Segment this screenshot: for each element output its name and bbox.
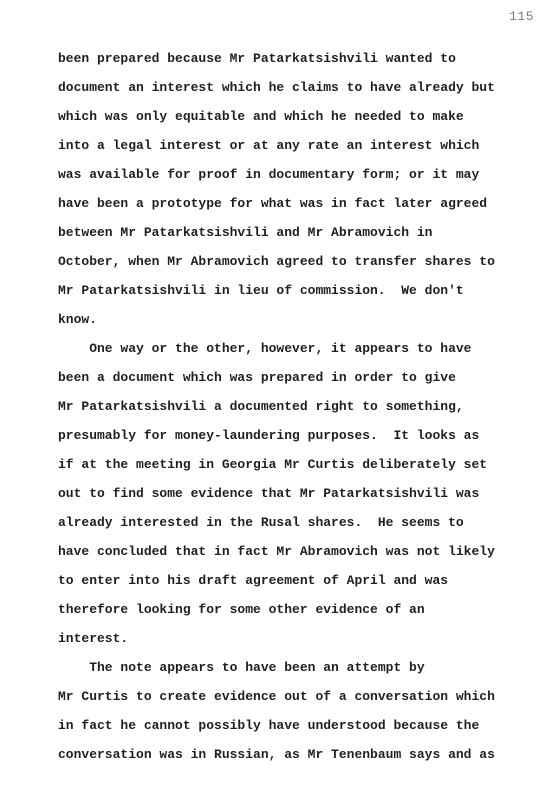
text-line: out to find some evidence that Mr Patark… xyxy=(58,479,528,508)
text-line: was available for proof in documentary f… xyxy=(58,160,528,189)
text-line: know. xyxy=(58,305,528,334)
text-line: presumably for money-laundering purposes… xyxy=(58,421,528,450)
text-line: already interested in the Rusal shares. … xyxy=(58,508,528,537)
text-line: interest. xyxy=(58,624,528,653)
text-line: have been a prototype for what was in fa… xyxy=(58,189,528,218)
text-line: in fact he cannot possibly have understo… xyxy=(58,711,528,740)
document-page: 115 been prepared because Mr Patarkatsis… xyxy=(0,0,558,789)
page-number: 115 xyxy=(509,9,534,24)
text-line: conversation was in Russian, as Mr Tenen… xyxy=(58,740,528,769)
text-line: which was only equitable and which he ne… xyxy=(58,102,528,131)
text-line: The note appears to have been an attempt… xyxy=(58,653,528,682)
text-line: been prepared because Mr Patarkatsishvil… xyxy=(58,44,528,73)
transcript-text: been prepared because Mr Patarkatsishvil… xyxy=(58,44,528,769)
text-line: October, when Mr Abramovich agreed to tr… xyxy=(58,247,528,276)
text-line: into a legal interest or at any rate an … xyxy=(58,131,528,160)
text-line: have concluded that in fact Mr Abramovic… xyxy=(58,537,528,566)
text-line: between Mr Patarkatsishvili and Mr Abram… xyxy=(58,218,528,247)
text-line: been a document which was prepared in or… xyxy=(58,363,528,392)
text-line: to enter into his draft agreement of Apr… xyxy=(58,566,528,595)
text-line: Mr Patarkatsishvili in lieu of commissio… xyxy=(58,276,528,305)
text-line: therefore looking for some other evidenc… xyxy=(58,595,528,624)
text-line: document an interest which he claims to … xyxy=(58,73,528,102)
text-line: if at the meeting in Georgia Mr Curtis d… xyxy=(58,450,528,479)
text-line: One way or the other, however, it appear… xyxy=(58,334,528,363)
text-line: Mr Curtis to create evidence out of a co… xyxy=(58,682,528,711)
text-line: Mr Patarkatsishvili a documented right t… xyxy=(58,392,528,421)
